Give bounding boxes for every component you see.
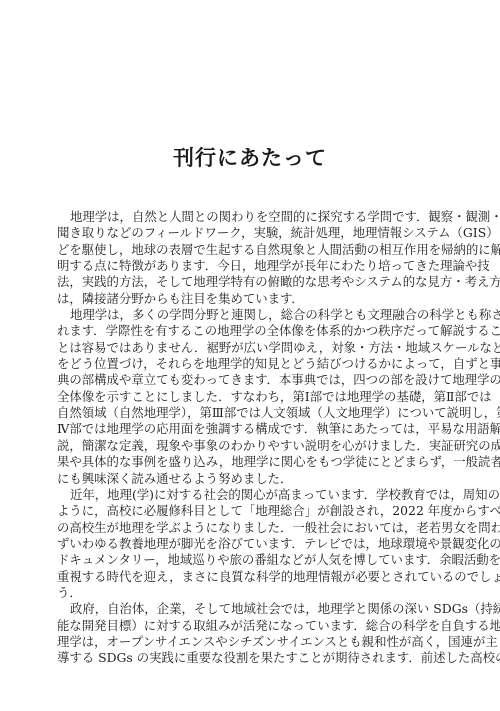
paragraph-4: 政府，自治体，企業，そして地域社会では，地理学と関係の深い SDGs（持続可 能… [57, 601, 448, 666]
text-line: 聞き取りなどのフィールドワーク，実験，統計処理，地理情報システム（GIS）な [57, 225, 448, 241]
text-line: 政府，自治体，企業，そして地域社会では，地理学と関係の深い SDGs（持続可 [57, 601, 448, 617]
paragraph-2: 地理学は，多くの学問分野と連関し，総合の科学とも文理融合の科学とも称さ れます．… [57, 307, 448, 487]
text-line: 全体像を示すことにしました．すなわち，第Ⅰ部では地理学の基礎，第Ⅱ部では [57, 389, 448, 405]
body-text: 地理学は，自然と人間との関わりを空間的に探究する学問です．観察・観測・ 聞き取り… [57, 209, 448, 667]
text-line: とは容易ではありません．裾野が広い学問ゆえ，対象・方法・地域スケールなど [57, 340, 448, 356]
text-line: にも興味深く読み通せるよう努めました． [57, 471, 448, 487]
text-line: 説，簡潔な定義，現象や事象のわかりやすい説明を心がけました．実証研究の成 [57, 438, 448, 454]
text-line: ずいわゆる教養地理が脚光を浴びています．テレビでは，地球環境や景観変化の [57, 536, 448, 552]
text-line: どを駆使し，地球の表層で生起する自然現象と人間活動の相互作用を帰納的に解 [57, 242, 448, 258]
text-line: ように，高校に必履修科目として「地理総合」が創設され，2022 年度からすべて [57, 503, 448, 519]
text-line: 明する点に特徴があります．今日，地理学が長年にわたり培ってきた理論や技 [57, 258, 448, 274]
text-line: れます．学際性を有するこの地理学の全体像を体系的かつ秩序だって解説するこ [57, 323, 448, 339]
text-line: 自然領域（自然地理学），第Ⅲ部では人文領域（人文地理学）について説明し，第 [57, 405, 448, 421]
text-line: 地理学は，多くの学問分野と連関し，総合の科学とも文理融合の科学とも称さ [57, 307, 448, 323]
text-line: 導する SDGs の実践に重要な役割を果たすことが期待されます．前述した高校の [57, 650, 448, 666]
text-line: 地理学は，自然と人間との関わりを空間的に探究する学問です．観察・観測・ [57, 209, 448, 225]
text-line: 重視する時代を迎え，まさに良質な科学的地理情報が必要とされているのでしょ [57, 569, 448, 585]
text-line: をどう位置づけ，それらを地理学的知見とどう結びつけるかによって，自ずと事 [57, 356, 448, 372]
text-line: Ⅳ部では地理学の応用面を強調する構成です．執筆にあたっては，平易な用語解 [57, 421, 448, 437]
text-line: 典の部構成や章立ても変わってきます．本事典では，四つの部を設けて地理学の [57, 372, 448, 388]
page-title: 刊行にあたって [0, 143, 500, 173]
document-page: 刊行にあたって 地理学は，自然と人間との関わりを空間的に探究する学問です．観察・… [0, 0, 500, 711]
paragraph-3: 近年，地理(学)に対する社会的関心が高まっています．学校教育では，周知の ように… [57, 487, 448, 601]
text-line: う． [57, 585, 448, 601]
text-line: は，隣接諸分野からも注目を集めています． [57, 291, 448, 307]
text-line: 法，実践的方法，そして地理学特有の俯瞰的な思考やシステム的な見方・考え方 [57, 274, 448, 290]
paragraph-1: 地理学は，自然と人間との関わりを空間的に探究する学問です．観察・観測・ 聞き取り… [57, 209, 448, 307]
text-line: 能な開発目標）に対する取組みが活発になっています．総合の科学を自負する地 [57, 618, 448, 634]
text-line: ドキュメンタリー，地域巡りや旅の番組などが人気を博しています．余暇活動を [57, 552, 448, 568]
text-line: の高校生が地理を学ぶようになりました．一般社会においては，老若男女を問わ [57, 520, 448, 536]
text-line: 果や具体的な事例を盛り込み，地理学に関心をもつ学徒にとどまらず，一般読者 [57, 454, 448, 470]
text-line: 近年，地理(学)に対する社会的関心が高まっています．学校教育では，周知の [57, 487, 448, 503]
text-line: 理学は，オープンサイエンスやシチズンサイエンスとも親和性が高く，国連が主 [57, 634, 448, 650]
